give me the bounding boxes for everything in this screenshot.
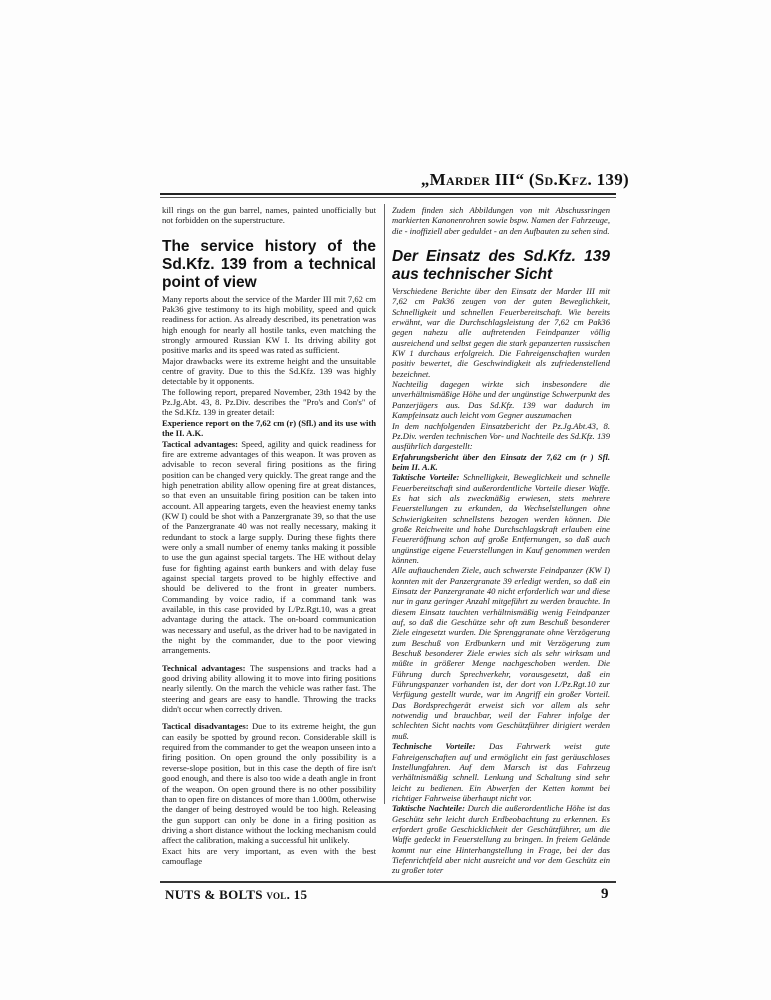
volume-label: vol. 15 [266, 887, 307, 902]
tactical-disadvantages-paragraph: Tactical disadvantages: Due to its extre… [162, 721, 376, 845]
header-rule [160, 193, 616, 195]
body-paragraph: Nachteilig dagegen wirkte sich insbesond… [392, 379, 610, 420]
column-divider [384, 204, 385, 804]
section-heading: The service history of the Sd.Kfz. 139 f… [162, 238, 376, 292]
body-paragraph: Verschiedene Berichte über den Einsatz d… [392, 286, 610, 379]
running-title: „Marder III“ (Sd.Kfz. 139) [421, 170, 629, 190]
tactical-disadvantages-paragraph: Taktische Nachteile: Durch die außerorde… [392, 803, 610, 875]
publication-footer: NUTS & BOLTS vol. 15 [165, 887, 307, 903]
paragraph-label: Taktische Nachteile: [392, 803, 465, 813]
german-column: Zudem finden sich Abbildungen von mit Ab… [392, 205, 610, 876]
body-paragraph: In dem nachfolgenden Einsatzbericht der … [392, 421, 610, 452]
body-paragraph: Many reports about the service of the Ma… [162, 294, 376, 356]
intro-paragraph: kill rings on the gun barrel, names, pai… [162, 205, 376, 226]
footer-rule [160, 881, 616, 883]
body-paragraph: Major drawbacks were its extreme height … [162, 356, 376, 387]
paragraph-text: Due to its extreme height, the gun can e… [162, 721, 376, 845]
body-paragraph: The following report, prepared November,… [162, 387, 376, 418]
report-heading: Erfahrungsbericht über den Einsatz der 7… [392, 452, 610, 473]
publication-name: NUTS & BOLTS [165, 887, 263, 902]
report-heading: Experience report on the 7,62 cm (r) (Sf… [162, 418, 376, 439]
paragraph-text: Schnelligkeit, Beweglichkeit und schnell… [392, 472, 610, 565]
tactical-advantages-paragraph: Tactical advantages: Speed, agility and … [162, 439, 376, 656]
section-heading: Der Einsatz des Sd.Kfz. 139 aus technisc… [392, 248, 610, 284]
paragraph-text: Speed, agility and quick readiness for f… [162, 439, 376, 656]
paragraph-text: Durch die außerordentliche Höhe ist das … [392, 803, 610, 875]
english-column: kill rings on the gun barrel, names, pai… [162, 205, 376, 866]
paragraph-label: Tactical advantages: [162, 439, 238, 449]
document-page: „Marder III“ (Sd.Kfz. 139) kill rings on… [0, 0, 771, 1000]
paragraph-label: Technische Vorteile: [392, 741, 475, 751]
page-number: 9 [601, 886, 609, 903]
paragraph-label: Tactical disadvantages: [162, 721, 249, 731]
intro-paragraph: Zudem finden sich Abbildungen von mit Ab… [392, 205, 610, 236]
paragraph-label: Taktische Vorteile: [392, 472, 459, 482]
header-rule-thin [160, 197, 616, 198]
body-paragraph: Alle auftauchenden Ziele, auch schwerste… [392, 565, 610, 741]
tactical-advantages-paragraph: Taktische Vorteile: Schnelligkeit, Beweg… [392, 472, 610, 565]
paragraph-label: Technical advantages: [162, 663, 245, 673]
technical-advantages-paragraph: Technische Vorteile: Das Fahrwerk weist … [392, 741, 610, 803]
body-paragraph: Exact hits are very important, as even w… [162, 846, 376, 867]
technical-advantages-paragraph: Technical advantages: The suspensions an… [162, 663, 376, 715]
